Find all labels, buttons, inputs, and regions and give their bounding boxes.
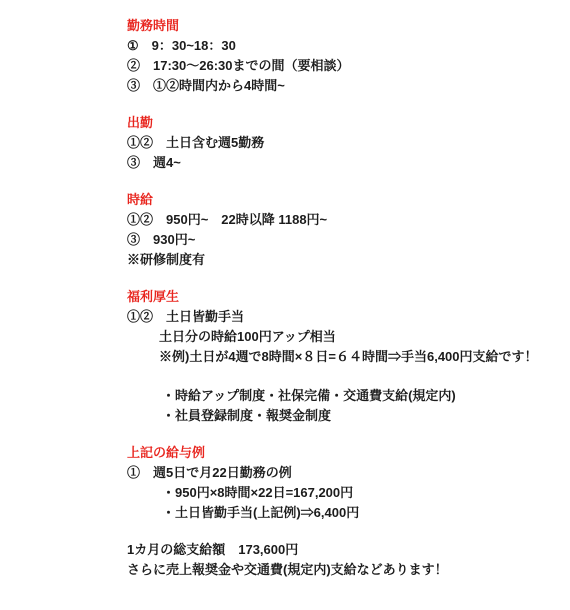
text-line: ※例)土日が4週で8時間×８日=６４時間⇒手当6,400円支給です！ <box>127 347 550 367</box>
text-line: ・土日皆勤手当(上記例)⇒6,400円 <box>127 503 550 523</box>
section-monthly-total: 1カ月の総支給額 173,600円 さらに売上報奨金や交通費(規定内)支給などあ… <box>127 540 550 580</box>
text-line: さらに売上報奨金や交通費(規定内)支給などあります！ <box>127 560 550 580</box>
document-page: 勤務時間 ① 9：30~18：30 ② 17:30〜26:30までの間（要相談）… <box>0 0 570 610</box>
text-line: ③ 930円~ <box>127 230 550 250</box>
section-work-hours: 勤務時間 ① 9：30~18：30 ② 17:30〜26:30までの間（要相談）… <box>127 16 550 96</box>
text-line: ・時給アップ制度・社保完備・交通費支給(規定内) <box>127 386 550 406</box>
section-hourly-wage: 時給 ①② 950円~ 22時以降 1188円~ ③ 930円~ ※研修制度有 <box>127 190 550 270</box>
text-line: ② 17:30〜26:30までの間（要相談） <box>127 56 550 76</box>
section-heading: 福利厚生 <box>127 287 550 307</box>
text-line: 土日分の時給100円アップ相当 <box>127 327 550 347</box>
spacer <box>127 367 550 386</box>
section-benefits: 福利厚生 ①② 土日皆勤手当 土日分の時給100円アップ相当 ※例)土日が4週で… <box>127 287 550 426</box>
section-salary-example: 上記の給与例 ① 週5日で月22日勤務の例 ・950円×8時間×22日=167,… <box>127 443 550 523</box>
section-heading: 上記の給与例 <box>127 443 550 463</box>
section-heading: 勤務時間 <box>127 16 550 36</box>
text-line: ① 週5日で月22日勤務の例 <box>127 463 550 483</box>
section-heading: 出勤 <box>127 113 550 133</box>
text-line: 1カ月の総支給額 173,600円 <box>127 540 550 560</box>
text-line: ③ ①②時間内から4時間~ <box>127 76 550 96</box>
text-line: ③ 週4~ <box>127 153 550 173</box>
text-line: ・950円×8時間×22日=167,200円 <box>127 483 550 503</box>
text-line: ①② 土日含む週5勤務 <box>127 133 550 153</box>
text-line: ① 9：30~18：30 <box>127 36 550 56</box>
text-line: ①② 950円~ 22時以降 1188円~ <box>127 210 550 230</box>
text-line: ・社員登録制度・報奨金制度 <box>127 406 550 426</box>
section-attendance: 出勤 ①② 土日含む週5勤務 ③ 週4~ <box>127 113 550 173</box>
section-heading: 時給 <box>127 190 550 210</box>
text-line: ※研修制度有 <box>127 250 550 270</box>
text-line: ①② 土日皆勤手当 <box>127 307 550 327</box>
